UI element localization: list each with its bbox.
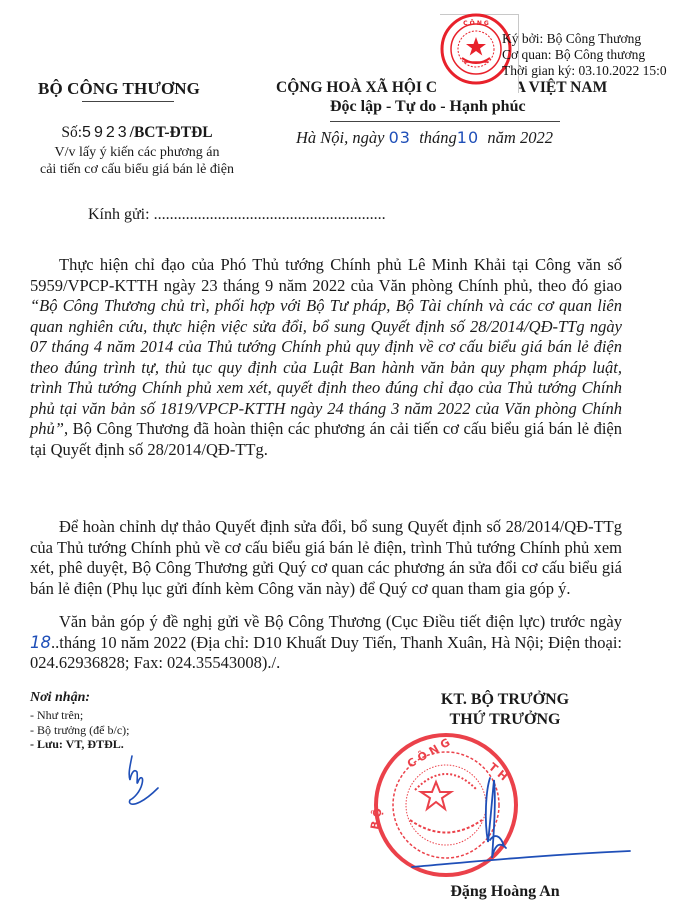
signature-title: KT. BỘ TRƯỞNG THỨ TRƯỞNG [380, 690, 630, 730]
recipients-title: Nơi nhận: [30, 690, 90, 706]
signature-title-line2: THỨ TRƯỞNG [380, 710, 630, 730]
signing-agency: Cơ quan: Bộ Công thương [502, 47, 667, 63]
handwritten-month: 10 [457, 128, 479, 147]
salutation: Kính gửi: ..............................… [88, 206, 386, 224]
org-underline [82, 101, 174, 102]
signer-name: Đặng Hoàng An [380, 883, 630, 901]
p1-quote: “Bộ Công Thương chủ trì, phối hợp với Bộ… [30, 296, 622, 438]
subject-line: cải tiến cơ cấu biểu giá bán lẻ điện [18, 161, 256, 178]
year-text: năm 2022 [487, 128, 553, 147]
recipient-item: - Như trên; [30, 708, 130, 723]
recipient-item: - Lưu: VT, ĐTĐL. [30, 737, 130, 752]
digital-signature-info: Ký bởi: Bộ Công Thương Cơ quan: Bộ Công … [502, 31, 667, 79]
doc-number-suffix: /BCT-ĐTĐL [130, 124, 213, 141]
p3-text: Văn bản góp ý đề nghị gửi về Bộ Công Thư… [59, 612, 622, 631]
doc-number-handwritten: 5923 [82, 124, 130, 141]
month-label: tháng [419, 128, 457, 147]
national-motto: Độc lập - Tự do - Hạnh phúc [330, 98, 526, 116]
place-date-prefix: Hà Nội, ngày [296, 128, 384, 147]
doc-number-prefix: Số: [61, 124, 82, 141]
signature-title-line1: KT. BỘ TRƯỞNG [380, 690, 630, 710]
p3-end: ..tháng 10 năm 2022 (Địa chỉ: D10 Khuất … [30, 633, 622, 673]
nation-title-left: CỘNG HOÀ XÃ HỘI C [276, 79, 437, 97]
issuing-organization: BỘ CÔNG THƯƠNG [38, 79, 200, 99]
nation-title-right: ..A VIỆT NAM [507, 79, 607, 97]
document-number: Số:5923/BCT-ĐTĐL [38, 124, 236, 142]
recipients-list: - Như trên; - Bộ trưởng (để b/c); - Lưu:… [30, 708, 130, 752]
handwritten-day: 03 [389, 128, 411, 147]
body-paragraph-1: Thực hiện chỉ đạo của Phó Thủ tướng Chín… [30, 255, 622, 460]
signed-by: Ký bởi: Bộ Công Thương [502, 31, 667, 47]
subject-line: V/v lấy ý kiến các phương án [18, 144, 256, 161]
p1-text: Thực hiện chỉ đạo của Phó Thủ tướng Chín… [30, 255, 622, 295]
body-paragraph-2: Để hoàn chỉnh dự thảo Quyết định sửa đổi… [30, 517, 622, 599]
place-date: Hà Nội, ngày 03 tháng10 năm 2022 [296, 128, 553, 148]
handwritten-signature-icon [370, 730, 640, 880]
body-paragraph-3: Văn bản góp ý đề nghị gửi về Bộ Công Thư… [30, 612, 622, 674]
handwritten-initials-icon [118, 752, 163, 812]
p1-end: , Bộ Công Thương đã hoàn thiện các phươn… [30, 419, 622, 459]
recipient-item: - Bộ trưởng (để b/c); [30, 723, 130, 738]
svg-text:C Ô N G: C Ô N G [463, 20, 489, 27]
document-subject: V/v lấy ý kiến các phương án cải tiến cơ… [18, 144, 256, 178]
motto-underline [330, 121, 560, 122]
handwritten-deadline-day: 18 [30, 633, 51, 652]
signing-time: Thời gian ký: 03.10.2022 15:0 [502, 63, 667, 79]
